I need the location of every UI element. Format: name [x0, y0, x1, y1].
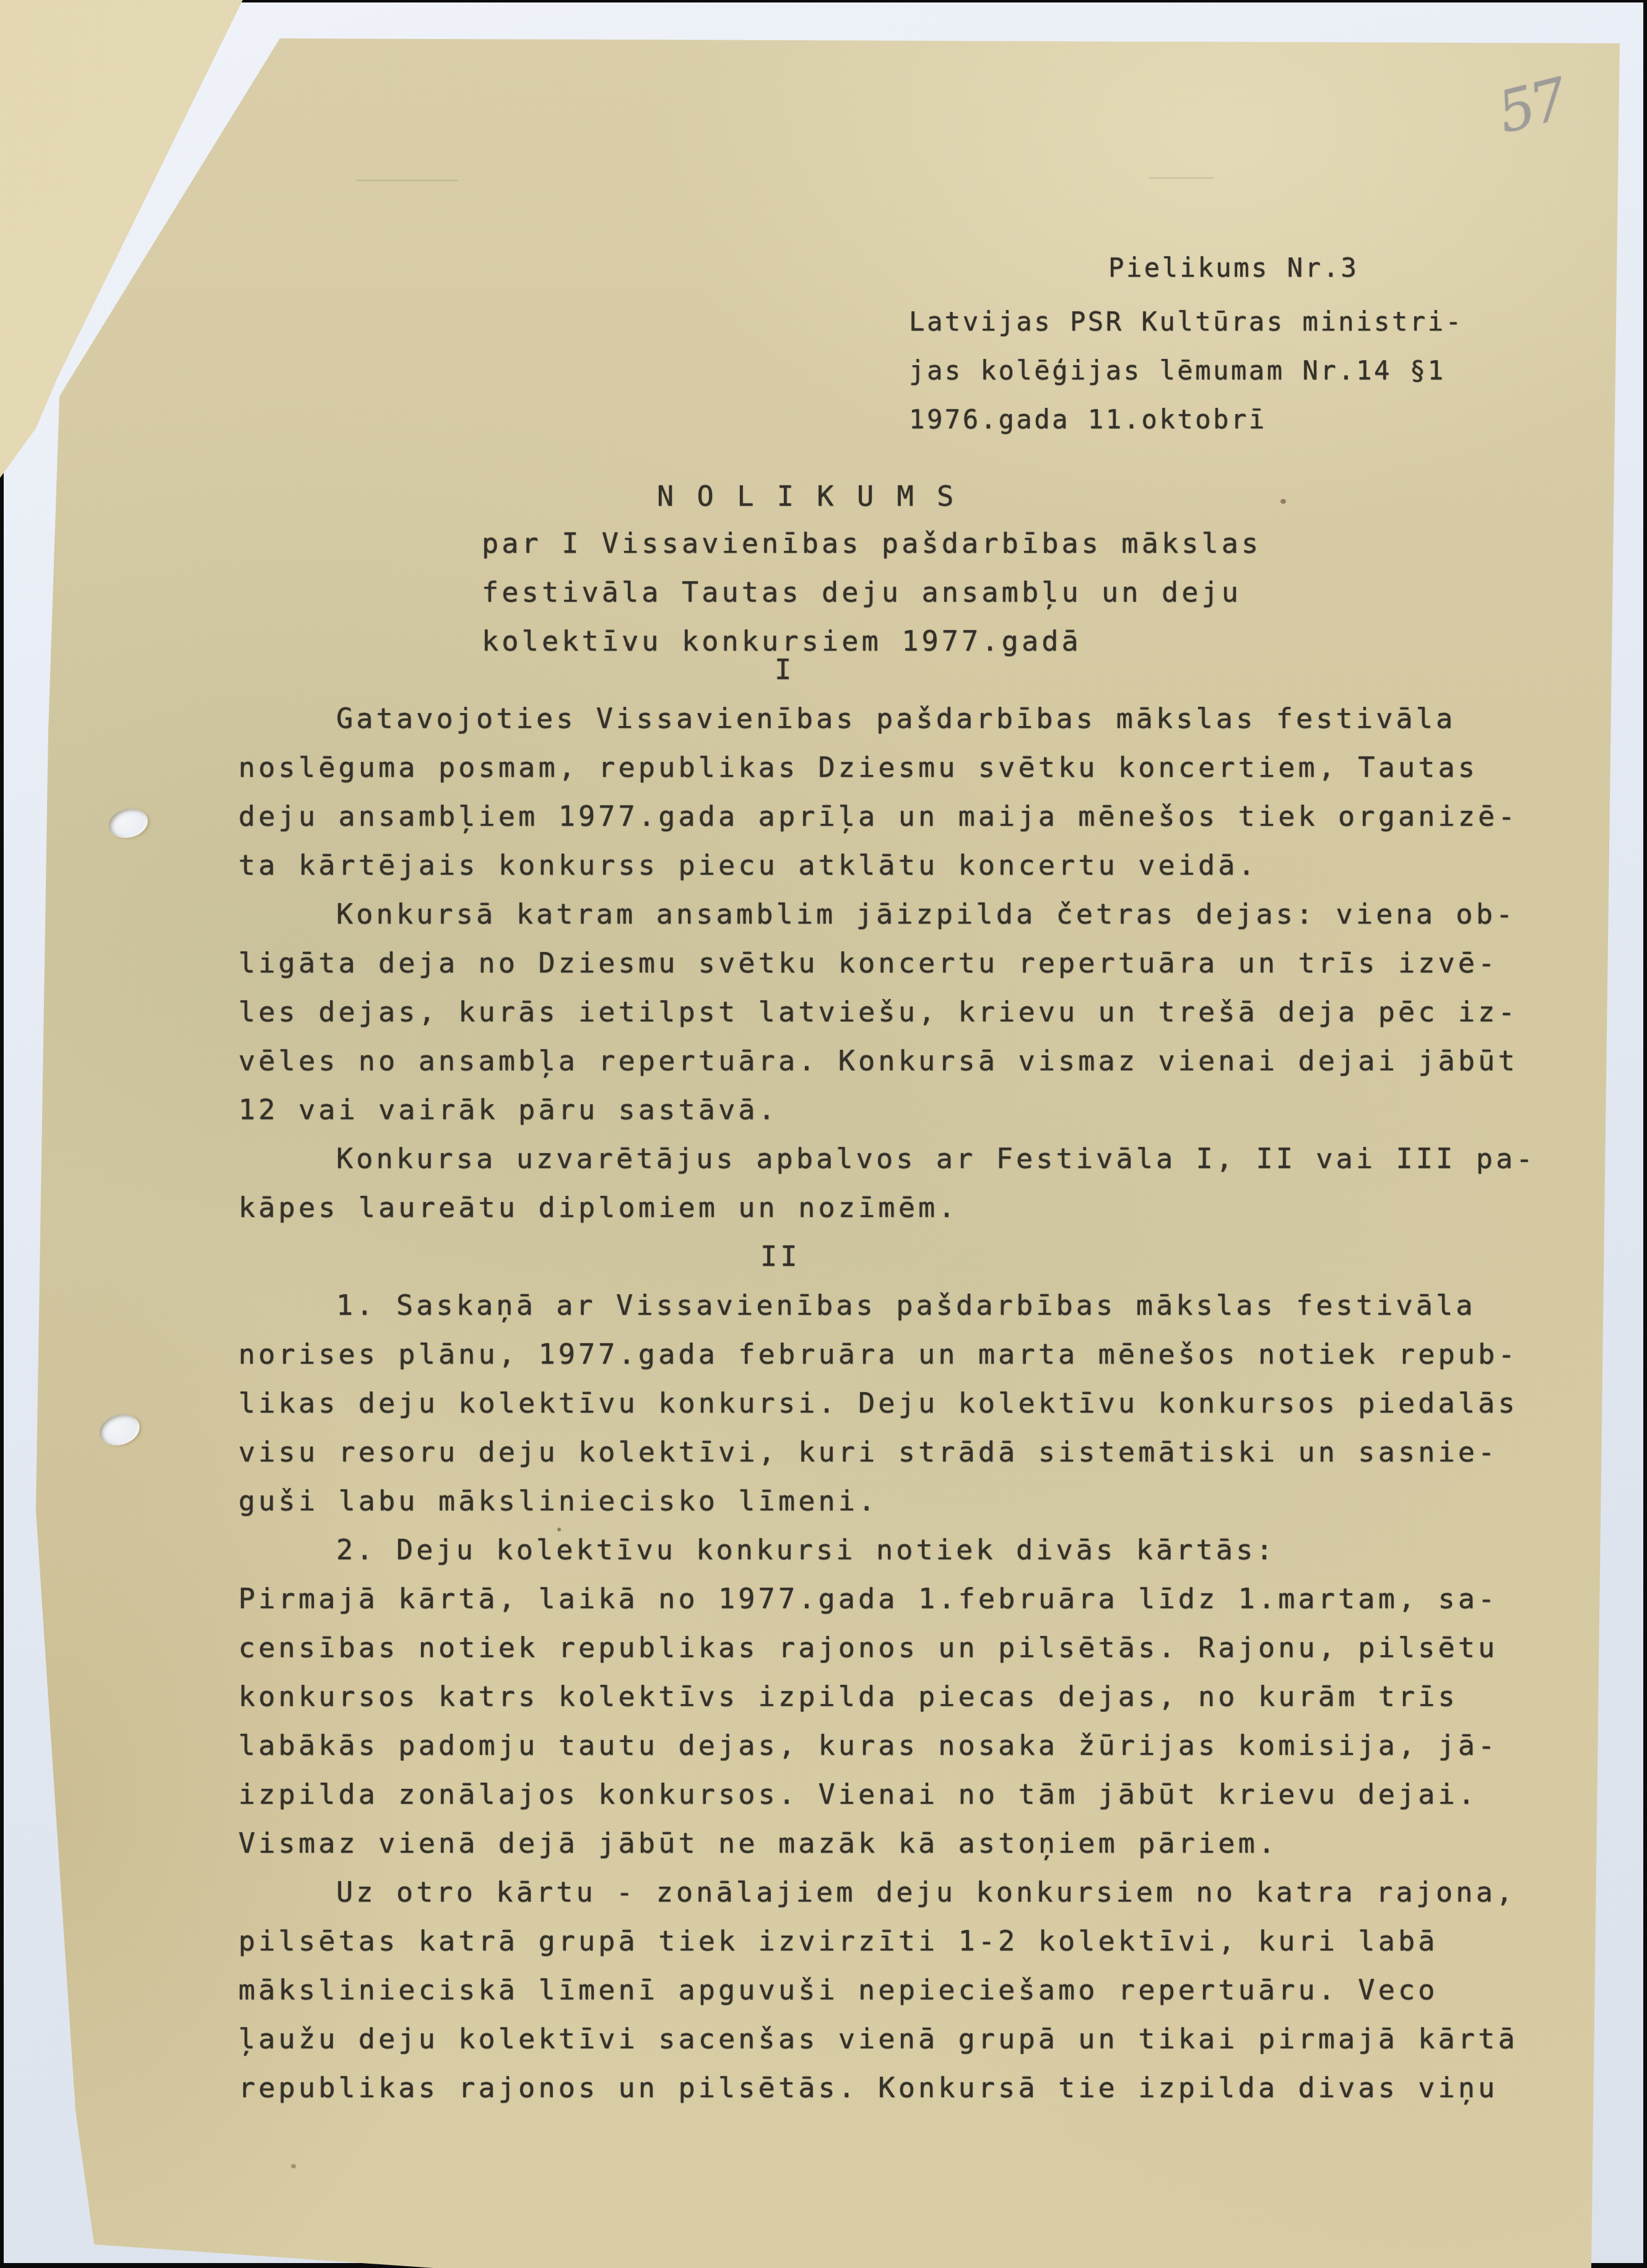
pencil-page-number: 57	[1492, 66, 1571, 146]
paper-speck	[1280, 499, 1286, 504]
text-line: Pirmajā kārtā, laikā no 1977.gada 1.febr…	[238, 1574, 1625, 1623]
text-line: Vismaz vienā dejā jābūt ne mazāk kā asto…	[238, 1819, 1625, 1868]
text-line: mākslinieciskā līmenī apguvuši nepiecieš…	[238, 1965, 1625, 2014]
section-heading-I: I	[238, 645, 1625, 694]
text-line: konkursos katrs kolektīvs izpilda piecas…	[238, 1672, 1625, 1721]
text-line: Uz otro kārtu - zonālajiem deju konkursi…	[238, 1868, 1625, 1916]
text-line: les dejas, kurās ietilpst latviešu, krie…	[238, 987, 1625, 1036]
text-line: censības notiek republikas rajonos un pi…	[238, 1623, 1625, 1672]
text-line: Konkursa uzvarētājus apbalvos ar Festivā…	[238, 1134, 1625, 1183]
document-body: IGatavojoties Vissavienības pašdarbības …	[238, 645, 1625, 2112]
text-line: visu resoru deju kolektīvi, kuri strādā …	[238, 1427, 1625, 1476]
text-line: likas deju kolektīvu konkursi. Deju kole…	[238, 1379, 1625, 1427]
text-line: Konkursā katram ansamblim jāizpilda četr…	[238, 889, 1625, 938]
text-line: jas kolēģijas lēmumam Nr.14 §1	[909, 355, 1463, 404]
punch-hole-bottom	[95, 1409, 143, 1450]
appendix-label: Pielikums Nr.3	[1108, 253, 1358, 283]
text-line: ta kārtējais konkurss piecu atklātu konc…	[238, 841, 1625, 889]
text-line: izpilda zonālajos konkursos. Vienai no t…	[238, 1770, 1625, 1819]
text-line: noslēguma posmam, republikas Dziesmu svē…	[238, 743, 1625, 792]
text-line: guši labu māksliniecisko līmeni.	[238, 1476, 1625, 1525]
section-heading-II: II	[238, 1232, 1625, 1281]
scanned-document-screenshot: { "pencil_note": "57", "ref": { "appendi…	[0, 0, 1647, 2268]
text-line: deju ansambļiem 1977.gada aprīļa un maij…	[238, 792, 1625, 841]
issuer-reference-block: Latvijas PSR Kultūras ministri-jas kolēģ…	[909, 306, 1463, 452]
text-line: 12 vai vairāk pāru sastāvā.	[238, 1085, 1625, 1134]
scan-streak	[356, 180, 458, 181]
text-line: festivāla Tautas deju ansambļu un deju	[482, 576, 1261, 625]
text-line: republikas rajonos un pilsētās. Konkursā…	[238, 2063, 1625, 2112]
paper-speck	[291, 2164, 296, 2168]
text-line: Gatavojoties Vissavienības pašdarbības m…	[238, 694, 1625, 743]
text-line: kāpes laureātu diplomiem un nozīmēm.	[238, 1183, 1625, 1232]
text-line: Latvijas PSR Kultūras ministri-	[909, 306, 1463, 355]
document-title: N O L I K U M S	[657, 480, 957, 513]
text-line: 1. Saskaņā ar Vissavienības pašdarbības …	[238, 1281, 1625, 1330]
text-line: 1976.gada 11.oktobrī	[909, 404, 1463, 452]
text-line: 2. Deju kolektīvu konkursi notiek divās …	[238, 1525, 1625, 1574]
punch-hole-top	[105, 805, 150, 842]
text-line: vēles no ansambļa repertuāra. Konkursā v…	[238, 1036, 1625, 1085]
text-line: labākās padomju tautu dejas, kuras nosak…	[238, 1721, 1625, 1770]
text-line: pilsētas katrā grupā tiek izvirzīti 1-2 …	[238, 1916, 1625, 1965]
scan-streak	[1149, 177, 1214, 179]
document-page: 57 Pielikums Nr.3 Latvijas PSR Kultūras …	[0, 0, 1647, 2268]
text-line: ligāta deja no Dziesmu svētku koncertu r…	[238, 938, 1625, 987]
text-line: ļaužu deju kolektīvi sacenšas vienā grup…	[238, 2014, 1625, 2063]
text-line: par I Vissavienības pašdarbības mākslas	[482, 527, 1261, 576]
text-line: norises plānu, 1977.gada februāra un mar…	[238, 1330, 1625, 1379]
